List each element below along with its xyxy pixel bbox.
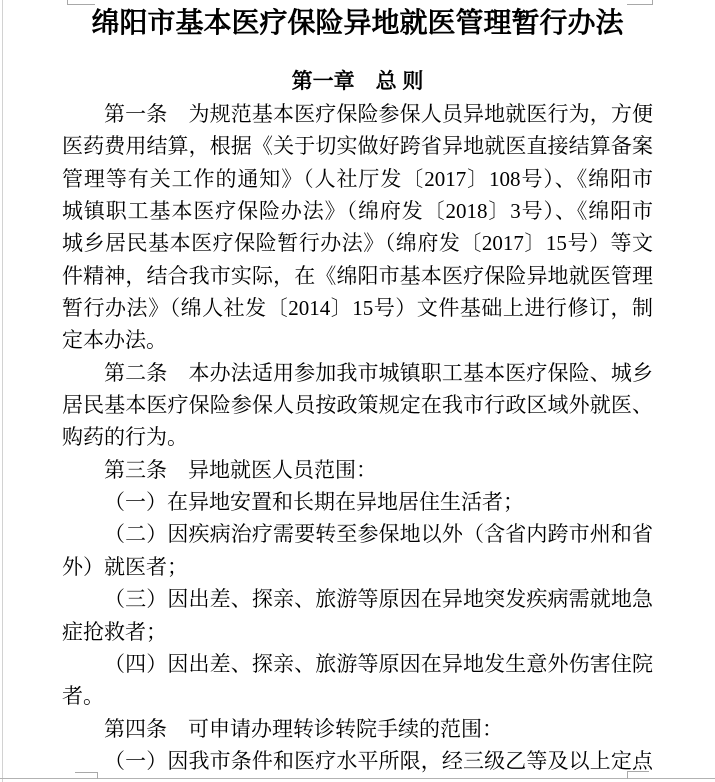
text-line: （二）因疾病治疗需要转至参保地以外（含省内跨市州和省 — [62, 518, 653, 550]
text-line: 购药的行为。 — [62, 421, 653, 453]
text-line: 第四条 可申请办理转诊转院手续的范围： — [62, 713, 653, 745]
text-line: 管理等有关工作的通知》（人社厅发〔2017〕108号）、《绵阳市 — [62, 163, 653, 195]
text-line: 第一条 为规范基本医疗保险参保人员异地就医行为，方便 — [62, 98, 653, 130]
text-line: 第二条 本办法适用参加我市城镇职工基本医疗保险、城乡 — [62, 357, 653, 389]
text-line: 外）就医者； — [62, 551, 653, 583]
text-line: 暂行办法》（绵人社发〔2014〕15号）文件基础上进行修订，制 — [62, 292, 653, 324]
text-line: （一）在异地安置和长期在异地居住生活者； — [62, 486, 653, 518]
document-title: 绵阳市基本医疗保险异地就医管理暂行办法 — [62, 0, 653, 39]
document-page: 绵阳市基本医疗保险异地就医管理暂行办法 第一章 总 则 第一条 为规范基本医疗保… — [0, 0, 715, 782]
text-line: 第三条 异地就医人员范围： — [62, 454, 653, 486]
text-line: 定本办法。 — [62, 324, 653, 356]
text-line: （三）因出差、探亲、旅游等原因在异地突发疾病需就地急 — [62, 583, 653, 615]
chapter-heading: 第一章 总 则 — [62, 69, 653, 95]
text-line: 居民基本医疗保险参保人员按政策规定在我市行政区域外就医、 — [62, 389, 653, 421]
article-text: 第一条 为规范基本医疗保险参保人员异地就医行为，方便 医药费用结算，根据《关于切… — [62, 98, 653, 777]
text-line: 城乡居民基本医疗保险暂行办法》（绵府发〔2017〕15号）等文 — [62, 227, 653, 259]
text-line: 城镇职工基本医疗保险办法》（绵府发〔2018〕3号）、《绵阳市 — [62, 195, 653, 227]
text-line: 者。 — [62, 680, 653, 712]
text-line: （四）因出差、探亲、旅游等原因在异地发生意外伤害住院 — [62, 648, 653, 680]
page-left-edge-line — [2, 0, 3, 782]
text-line: 医药费用结算，根据《关于切实做好跨省异地就医直接结算备案 — [62, 130, 653, 162]
text-line: 件精神，结合我市实际，在《绵阳市基本医疗保险异地就医管理 — [62, 260, 653, 292]
text-line: 症抢救者； — [62, 616, 653, 648]
document-body: 绵阳市基本医疗保险异地就医管理暂行办法 第一章 总 则 第一条 为规范基本医疗保… — [62, 0, 653, 777]
text-line: （一）因我市条件和医疗水平所限，经三级乙等及以上定点 — [62, 745, 653, 777]
page-bottom-edge-line — [0, 778, 715, 779]
